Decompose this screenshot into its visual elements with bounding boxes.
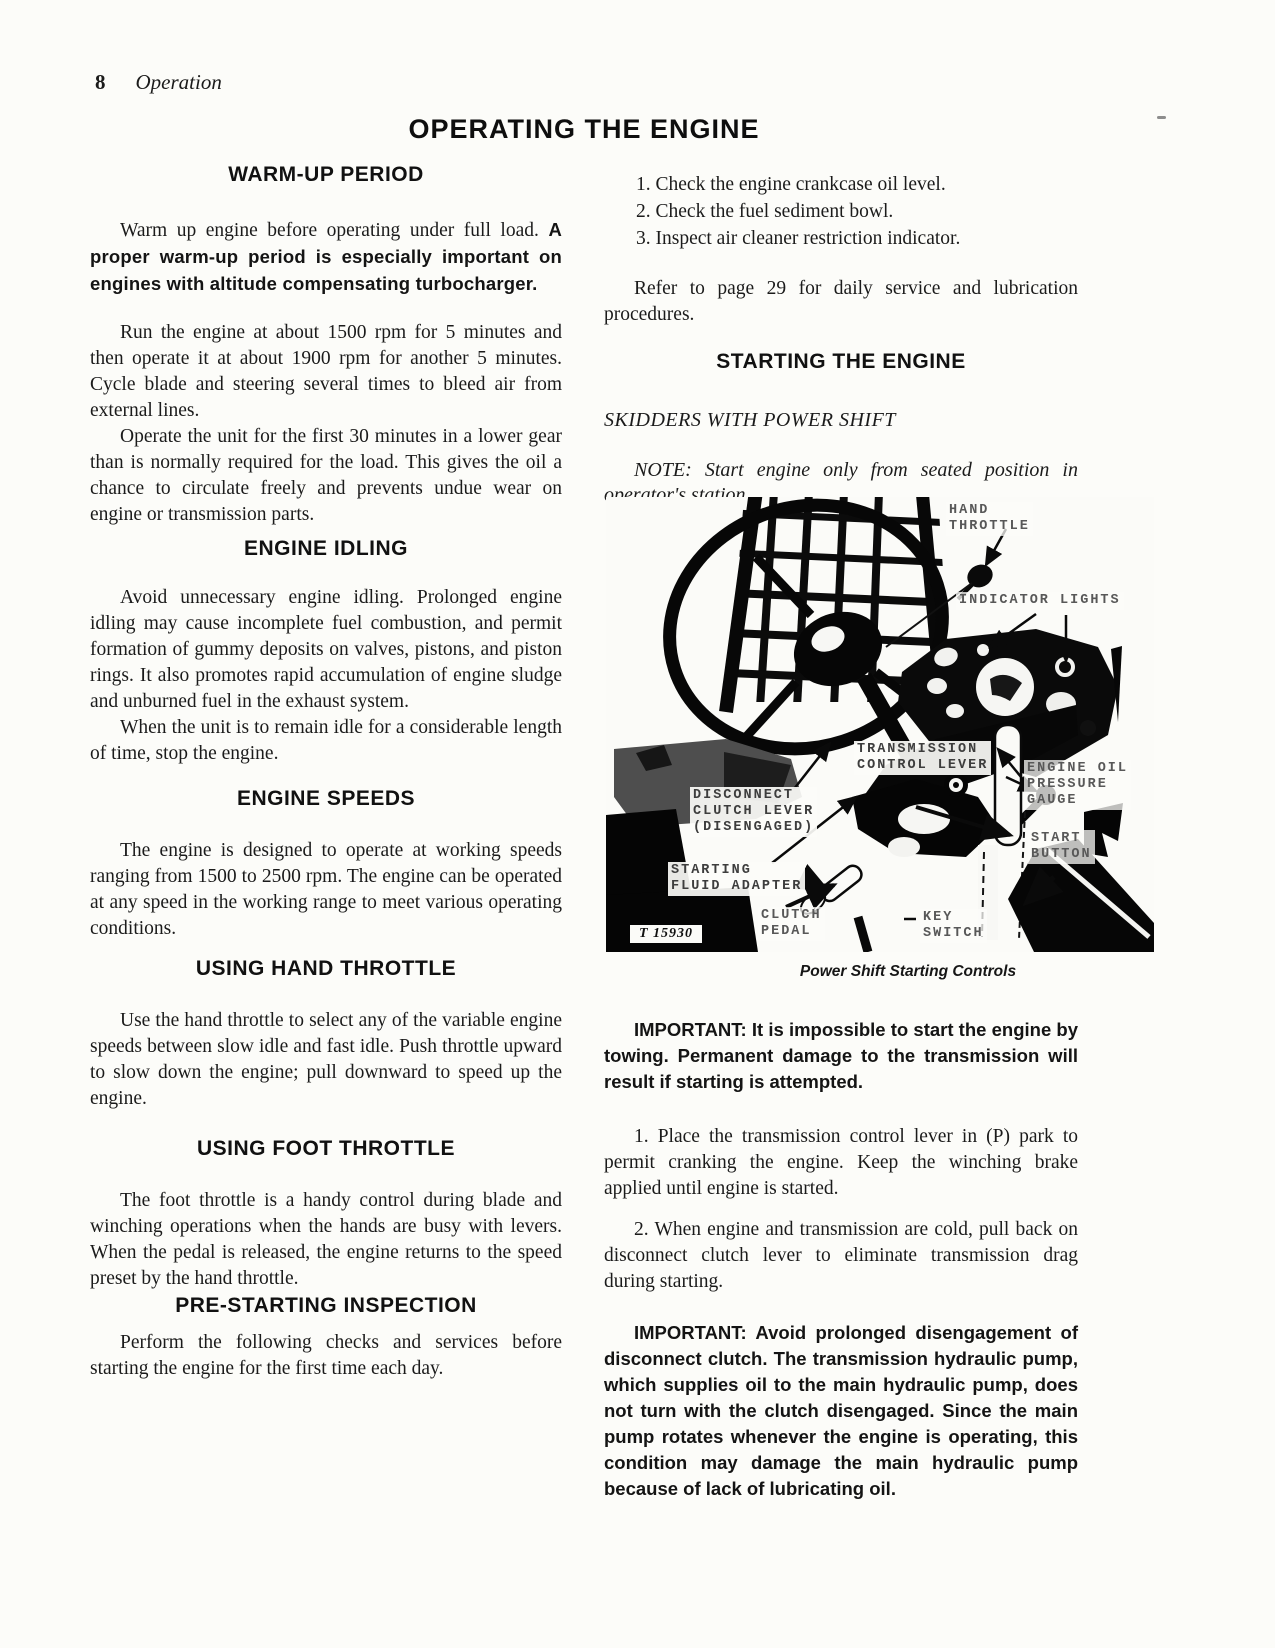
- section-heading-engine-idling: ENGINE IDLING: [90, 537, 562, 561]
- photo-label-engine-oil-pressure-gauge: ENGINE OIL PRESSURE GAUGE: [1024, 760, 1131, 810]
- photo-label-indicator-lights: INDICATOR LIGHTS: [956, 592, 1124, 610]
- paragraph-warm-up-2: Run the engine at about 1500 rpm for 5 m…: [90, 320, 562, 424]
- photo-label-start-button: START BUTTON: [1028, 830, 1095, 864]
- paragraph-warm-up-1: Warm up engine before operating under fu…: [90, 217, 562, 298]
- left-column: WARM-UP PERIOD Warm up engine before ope…: [90, 0, 562, 1382]
- subheading-skidders: SKIDDERS WITH POWER SHIFT: [604, 407, 1078, 433]
- paragraph-important-towing: IMPORTANT: It is impossible to start the…: [604, 1017, 1078, 1095]
- photo-label-disconnect-clutch-lever: DISCONNECT CLUTCH LEVER (DISENGAGED): [690, 787, 817, 837]
- checklist-item: 1. Check the engine crankcase oil level.: [604, 171, 1078, 198]
- paragraph-refer: Refer to page 29 for daily service and l…: [604, 276, 1078, 328]
- checklist-item: 2. Check the fuel sediment bowl.: [604, 198, 1078, 225]
- section-heading-engine-speeds: ENGINE SPEEDS: [90, 787, 562, 811]
- section-heading-hand-throttle: USING HAND THROTTLE: [90, 957, 562, 981]
- manual-page: 8Operation OPERATING THE ENGINE WARM-UP …: [0, 0, 1275, 1648]
- paragraph-warm-up-3: Operate the unit for the first 30 minute…: [90, 424, 562, 528]
- paragraph-important-disengagement: IMPORTANT: Avoid prolonged disengagement…: [604, 1320, 1078, 1502]
- photo-id-tag: T 15930: [630, 925, 702, 943]
- paragraph-hand-throttle: Use the hand throttle to select any of t…: [90, 1008, 562, 1112]
- right-column: 1. Check the engine crankcase oil level.…: [604, 0, 1078, 1502]
- starting-controls-photo: HAND THROTTLE INDICATOR LIGHTS TRANSMISS…: [606, 497, 1154, 952]
- photo-caption: Power Shift Starting Controls: [634, 963, 1182, 981]
- photo-label-starting-fluid-adapter: STARTING FLUID ADAPTER: [668, 862, 805, 896]
- paragraph-idling-2: When the unit is to remain idle for a co…: [90, 715, 562, 767]
- paragraph-foot-throttle: The foot throttle is a handy control dur…: [90, 1188, 562, 1292]
- warm-up-serif-run: Warm up engine before operating under fu…: [120, 220, 548, 241]
- paragraph-pre-starting: Perform the following checks and service…: [90, 1330, 562, 1382]
- section-heading-warm-up: WARM-UP PERIOD: [90, 163, 562, 187]
- paragraph-step-2: 2. When engine and transmission are cold…: [604, 1217, 1078, 1295]
- photo-label-clutch-pedal: CLUTCH PEDAL: [758, 907, 825, 941]
- section-heading-pre-starting: PRE-STARTING INSPECTION: [90, 1294, 562, 1318]
- photo-label-hand-throttle: HAND THROTTLE: [946, 502, 1033, 536]
- section-heading-starting-engine: STARTING THE ENGINE: [604, 350, 1078, 374]
- paragraph-step-1: 1. Place the transmission control lever …: [604, 1124, 1078, 1202]
- section-heading-foot-throttle: USING FOOT THROTTLE: [90, 1137, 562, 1161]
- paragraph-engine-speeds: The engine is designed to operate at wor…: [90, 838, 562, 942]
- photo-label-key-switch: KEY SWITCH: [920, 909, 987, 943]
- checklist-item: 3. Inspect air cleaner restriction indic…: [604, 225, 1078, 252]
- scan-artifact-dash: [1157, 116, 1166, 119]
- pre-start-checklist: 1. Check the engine crankcase oil level.…: [604, 171, 1078, 252]
- paragraph-idling-1: Avoid unnecessary engine idling. Prolong…: [90, 585, 562, 715]
- photo-label-transmission-control-lever: TRANSMISSION CONTROL LEVER: [854, 741, 991, 775]
